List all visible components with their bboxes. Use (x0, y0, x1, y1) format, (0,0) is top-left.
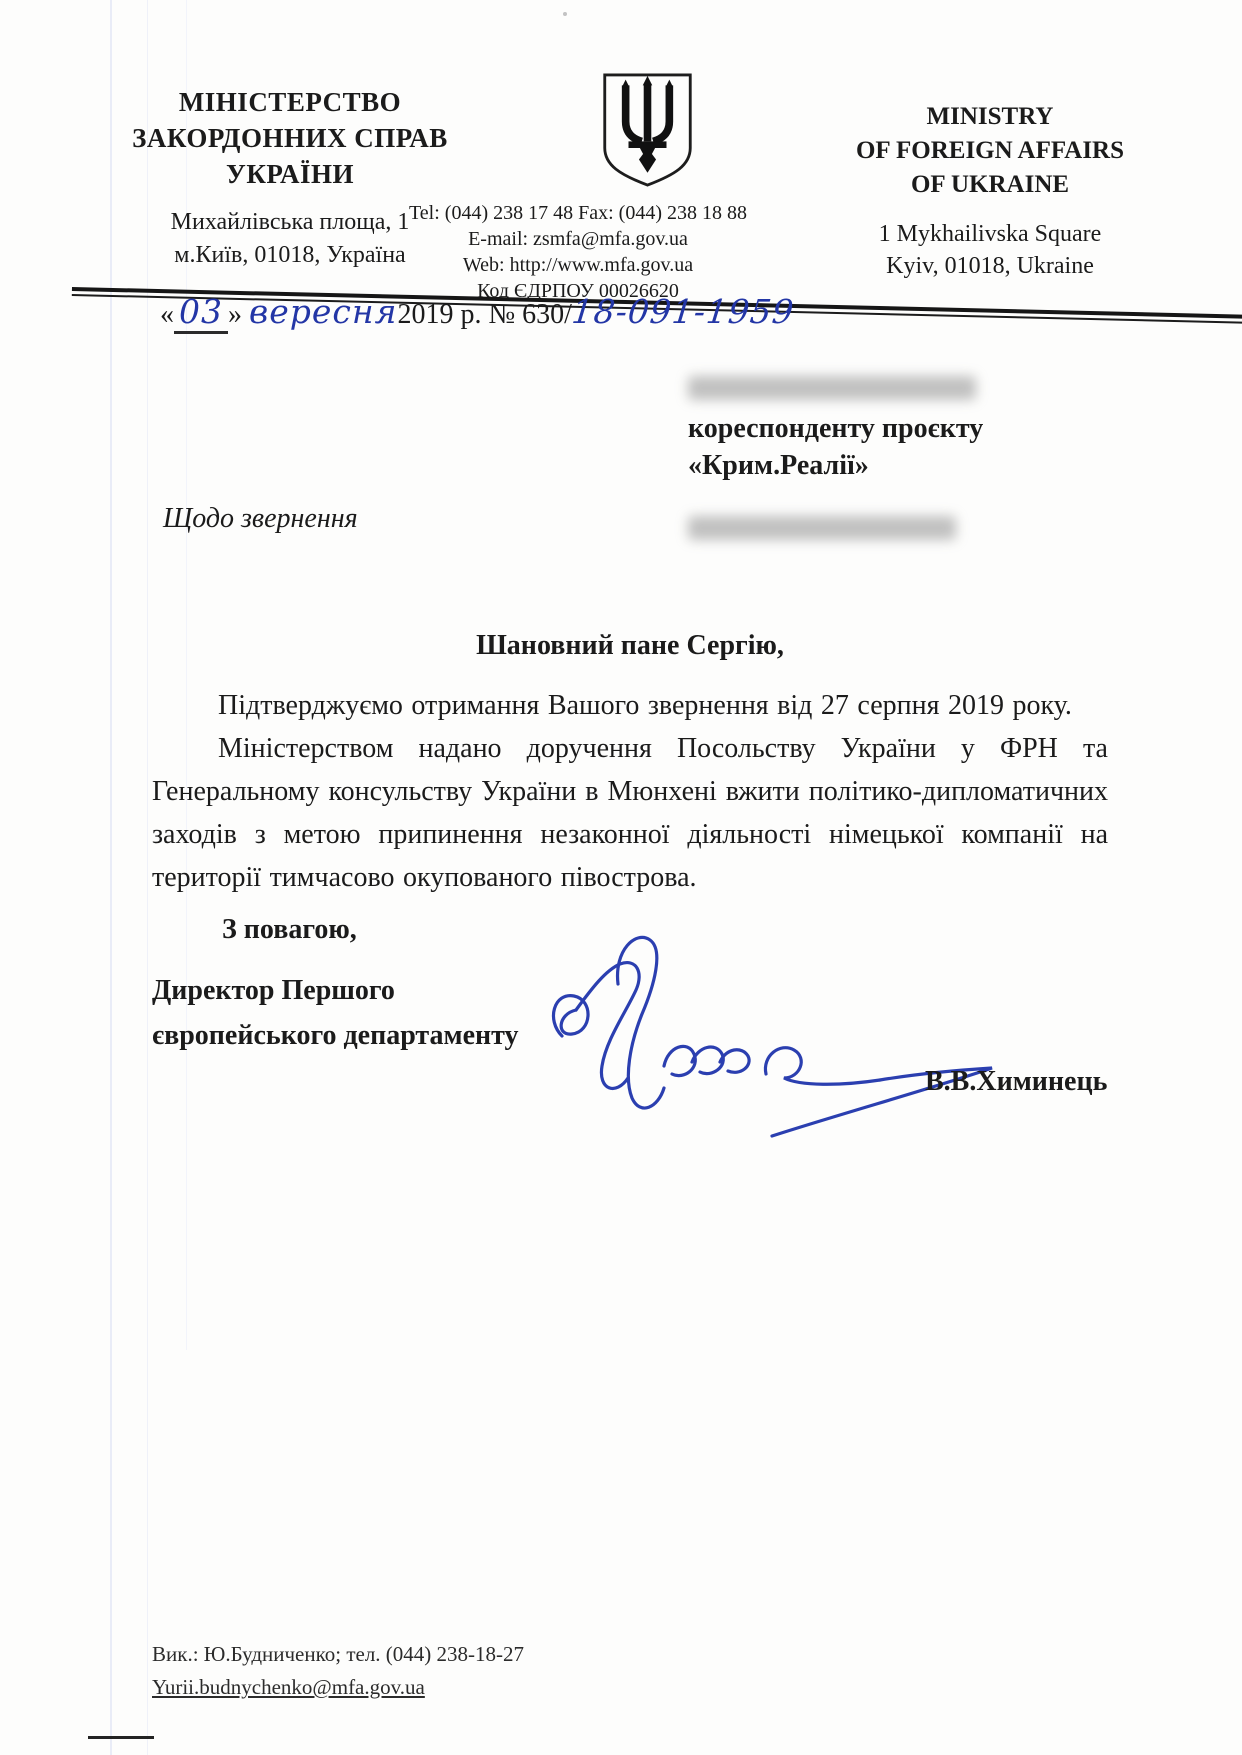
ministry-en-line: OF UKRAINE (790, 168, 1190, 202)
signer-title: Директор Першого європейського департаме… (152, 968, 519, 1058)
letter-body: Шановний пане Сергію, Підтверджуємо отри… (152, 630, 1108, 899)
reference-printed: 2019 р. № 630/ (397, 299, 572, 330)
contact-email: E-mail: zsmfa@mfa.gov.ua (388, 226, 768, 252)
signature-ink (540, 928, 1020, 1143)
contact-phone-fax: Tel: (044) 238 17 48 Fax: (044) 238 18 8… (388, 200, 768, 226)
trident-emblem-icon (600, 72, 695, 188)
ministry-en-line: OF FOREIGN AFFAIRS (790, 134, 1190, 168)
addressee-block: кореспонденту проєкту «Крим.Реалії» (688, 376, 983, 484)
header-ministry-en: MINISTRY OF FOREIGN AFFAIRS OF UKRAINE 1… (790, 100, 1190, 282)
ministry-en-line: MINISTRY (790, 100, 1190, 134)
footer-executor-block: Вик.: Ю.Будниченко; тел. (044) 238-18-27… (152, 1638, 524, 1704)
contact-web: Web: http://www.mfa.gov.ua (388, 252, 768, 278)
scan-streak (110, 0, 112, 1755)
quote-close: » (228, 299, 242, 330)
redacted-addressee-email (688, 516, 956, 540)
handwritten-month: вересня (249, 292, 397, 331)
scan-speck (563, 12, 567, 16)
body-paragraph-1: Підтверджуємо отримання Вашого звернення… (152, 684, 1108, 727)
handwritten-day: 03 (174, 292, 228, 334)
quote-open: « (160, 299, 174, 330)
valediction: З повагою, (222, 914, 357, 946)
scanned-letter-page: МІНІСТЕРСТВО ЗАКОРДОННИХ СПРАВ УКРАЇНИ М… (0, 0, 1242, 1755)
reference-line: «03» вересня2019 р. № 630/18-091-1959 (160, 292, 794, 331)
body-paragraph-2: Міністерством надано доручення Посольств… (152, 727, 1108, 899)
ministry-ua-line: УКРАЇНИ (120, 156, 460, 192)
ministry-en-address: 1 Mykhailivska Square (790, 218, 1190, 250)
signer-name: В.В.Химинець (925, 1066, 1107, 1098)
ministry-ua-line: МІНІСТЕРСТВО (120, 84, 460, 120)
executor-email: Yurii.budnychenko@mfa.gov.ua (152, 1671, 524, 1704)
addressee-role: кореспонденту проєкту (688, 410, 983, 447)
header-contacts: Tel: (044) 238 17 48 Fax: (044) 238 18 8… (388, 200, 768, 304)
salutation: Шановний пане Сергію, (152, 630, 1108, 662)
subject-line: Щодо звернення (163, 503, 358, 535)
executor-line: Вик.: Ю.Будниченко; тел. (044) 238-18-27 (152, 1638, 524, 1671)
ministry-en-address: Kyiv, 01018, Ukraine (790, 250, 1190, 282)
addressee-project: «Крим.Реалії» (688, 447, 983, 484)
redacted-addressee-name (688, 376, 976, 400)
scan-edge-mark (88, 1736, 154, 1739)
ministry-ua-line: ЗАКОРДОННИХ СПРАВ (120, 120, 460, 156)
signer-title-line: Директор Першого (152, 968, 519, 1013)
handwritten-ref-number: 18-091-1959 (570, 292, 796, 331)
signer-title-line: європейського департаменту (152, 1013, 519, 1058)
